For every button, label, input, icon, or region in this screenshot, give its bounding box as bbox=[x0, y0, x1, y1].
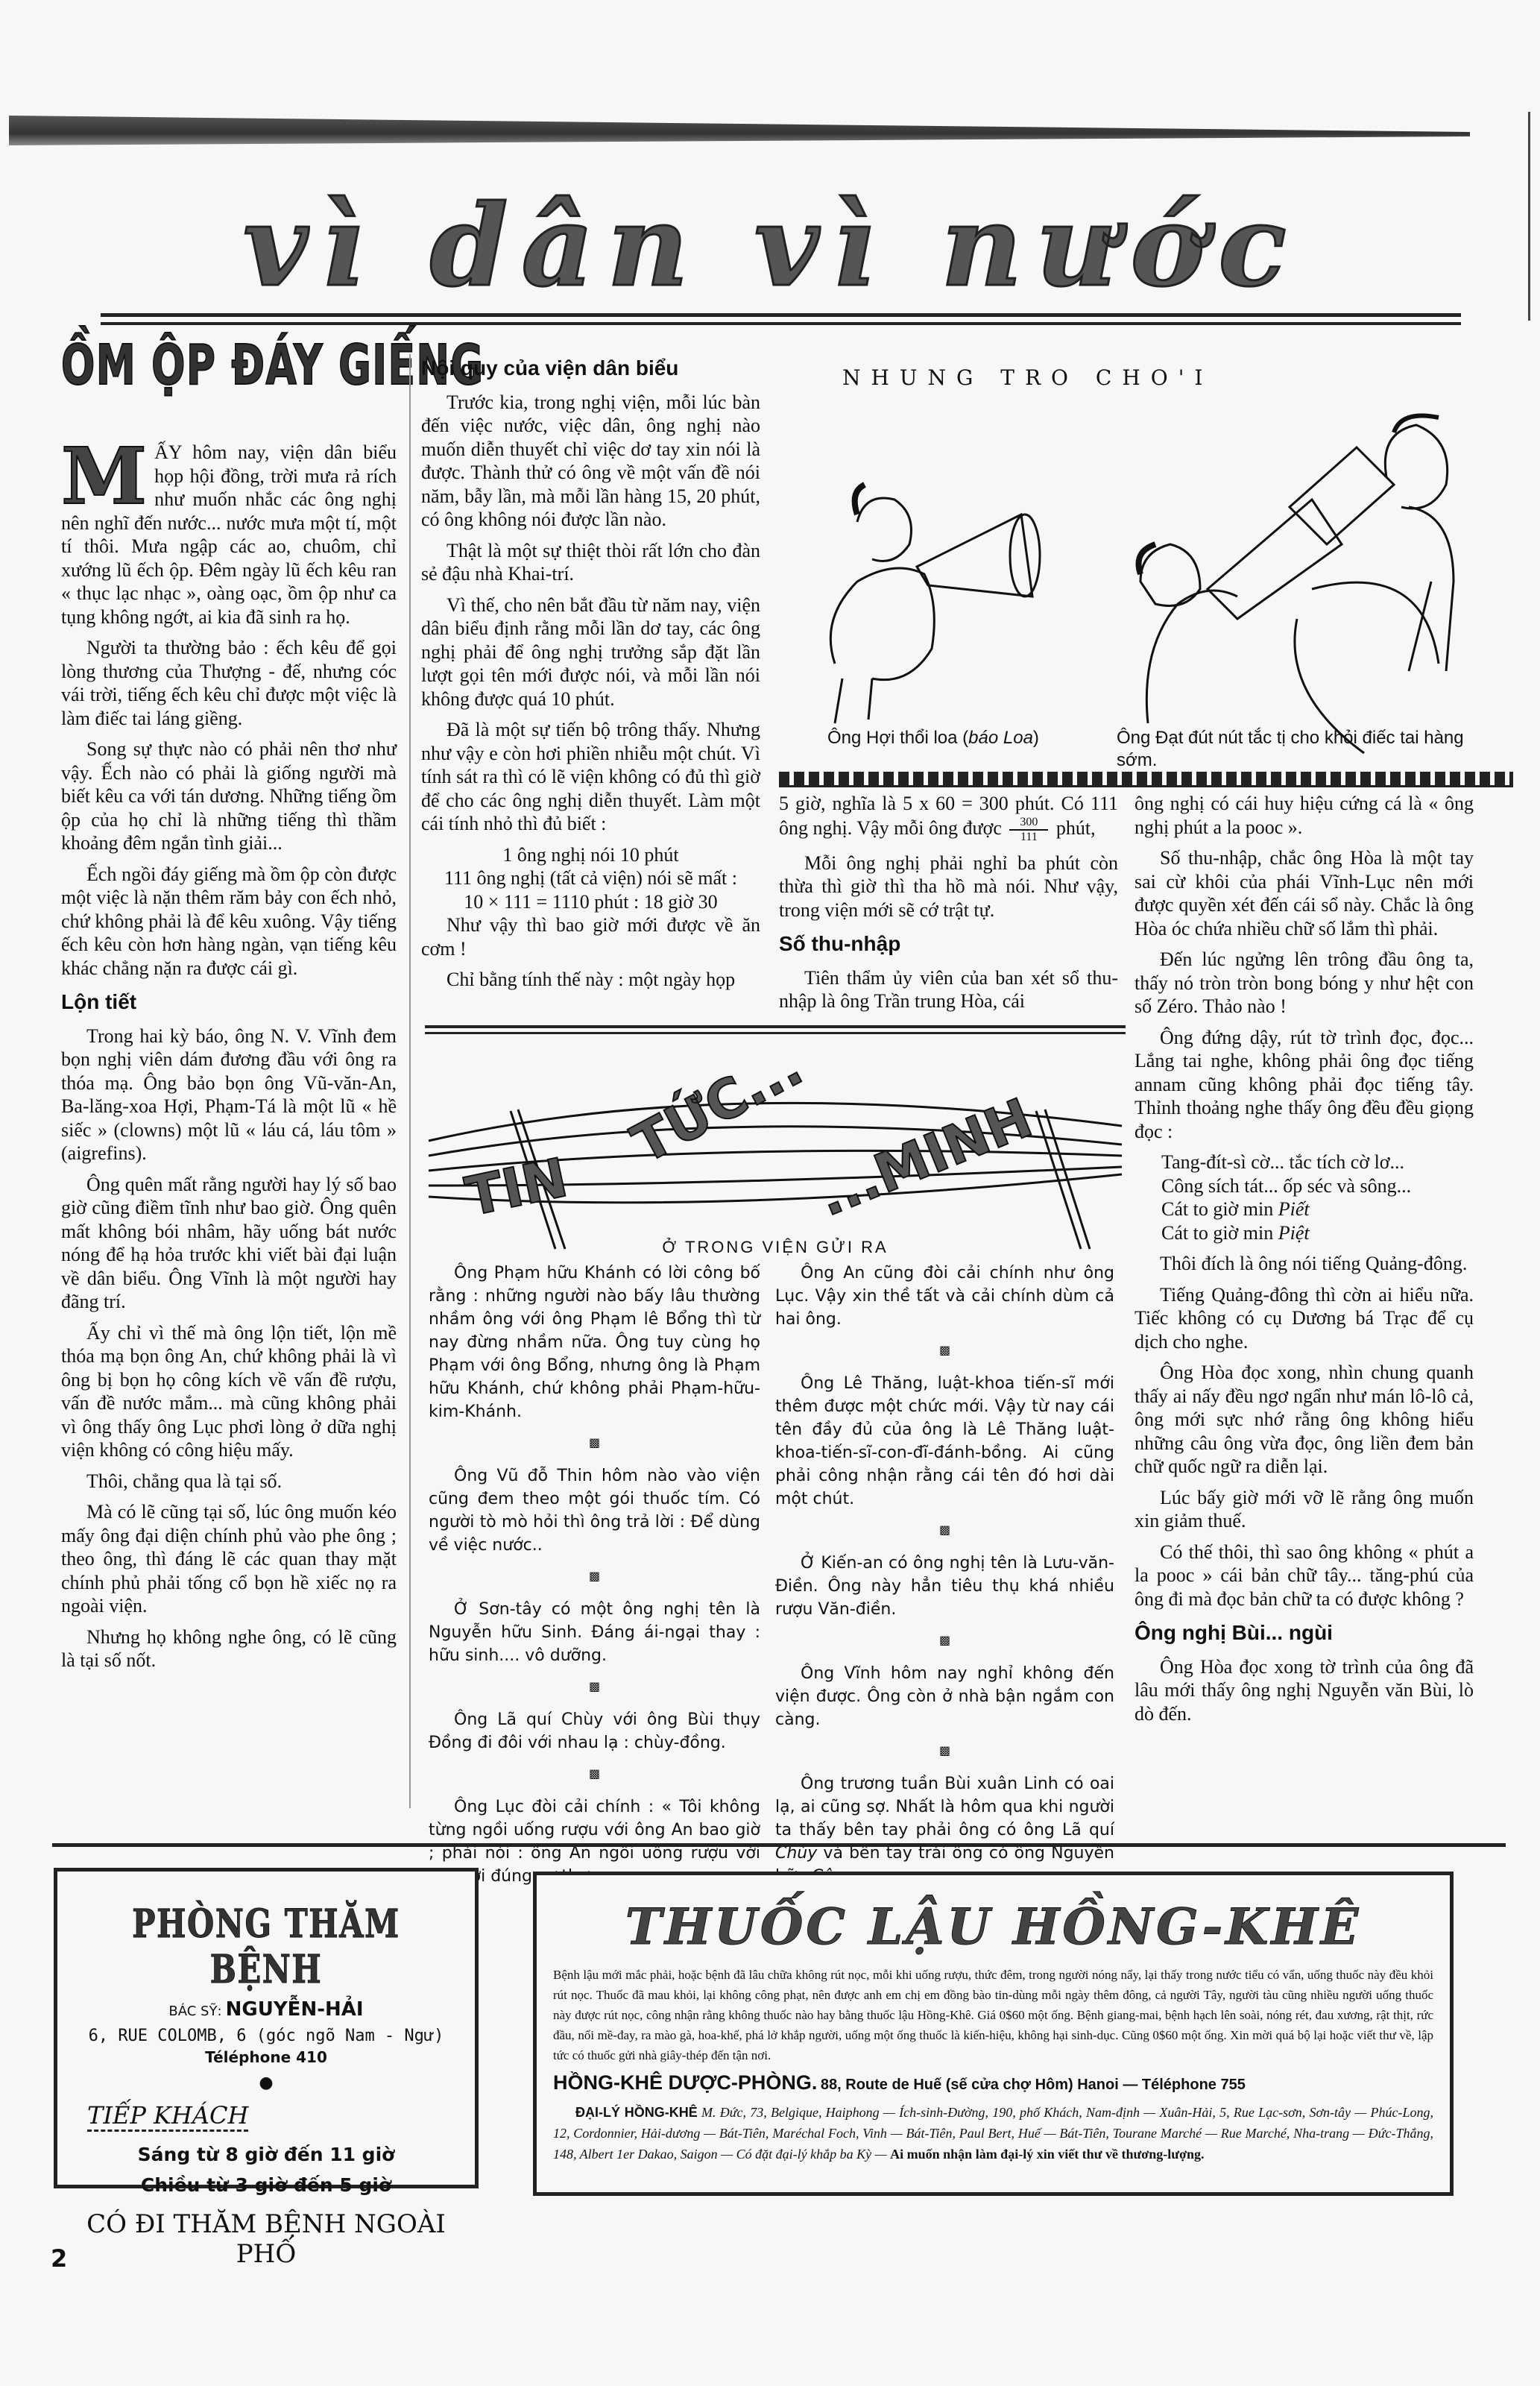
ad-clinic-doctor: BÁC SỸ: NGUYỄN-HẢI bbox=[57, 1998, 475, 2021]
news-item: Ông Lê Thăng, luật-khoa tiến-sĩ mới thêm… bbox=[775, 1372, 1114, 1511]
paragraph: Ông đứng dậy, rút tờ trình đọc, đọc... L… bbox=[1135, 1026, 1474, 1144]
paragraph: Ếch ngồi đáy giếng mà ồm ộp còn được một… bbox=[61, 863, 397, 980]
article-continued: 5 giờ, nghĩa là 5 x 60 = 300 phút. Có 11… bbox=[779, 792, 1118, 1021]
ad-clinic-hours-title: TIẾP KHÁCH bbox=[87, 2101, 248, 2132]
paragraph: Thôi, chẳng qua là tại số. bbox=[61, 1470, 397, 1493]
calc-line: 111 ông nghị (tất cả viện) nói sẽ mất : bbox=[421, 866, 760, 890]
page-number: 2 bbox=[51, 2244, 67, 2273]
paragraph: ông nghị có cái huy hiệu cứng cá là « ôn… bbox=[1135, 792, 1474, 839]
ad-clinic-afternoon: Chiều từ 3 giờ đến 5 giờ bbox=[57, 2174, 475, 2196]
separator-icon: ▩ bbox=[429, 1762, 760, 1785]
paragraph: 5 giờ, nghĩa là 5 x 60 = 300 phút. Có 11… bbox=[779, 792, 1118, 844]
news-item: Ông Lã quí Chùy với ông Bùi thụy Đồng đi… bbox=[429, 1708, 760, 1754]
article-headline: ỒM ỘP ĐÁY GIẾNG bbox=[61, 354, 303, 378]
poem-line: Công sích tát... ốp séc và sông... bbox=[1135, 1174, 1474, 1198]
news-item: Ông An cũng đòi cải chính như ông Lục. V… bbox=[775, 1262, 1114, 1331]
news-right-column: Ông An cũng đòi cải chính như ông Lục. V… bbox=[775, 1262, 1114, 1918]
separator-icon: ▩ bbox=[775, 1518, 1114, 1541]
news-item: Ông Phạm hữu Khánh có lời công bố rằng :… bbox=[429, 1262, 760, 1423]
paragraph: Trước kia, trong nghị viện, mỗi lúc bàn … bbox=[421, 391, 760, 532]
news-rule-bottom bbox=[425, 1032, 1126, 1034]
paragraph: Như vậy thì bao giờ mới được về ăn cơm ! bbox=[421, 913, 760, 960]
paragraph: Chỉ bằng tính thế này : một ngày họp bbox=[421, 968, 760, 992]
paragraph: Đến lúc ngửng lên trông đầu ông ta, thấy… bbox=[1135, 948, 1474, 1019]
drop-cap: M bbox=[61, 444, 147, 509]
separator-icon: ▩ bbox=[775, 1739, 1114, 1762]
cartoon-panel: NHUNG TRO CHO'I Ông Hợi thổi loa (báo Lo… bbox=[775, 350, 1521, 775]
article-noi-quy: Nội quy của viện dân biểu Trước kia, tro… bbox=[421, 356, 760, 999]
ads-rule bbox=[52, 1843, 1506, 1847]
news-item: Ở Kiến-an có ông nghị tên là Lưu-văn-Điề… bbox=[775, 1552, 1114, 1621]
paragraph: Ông Hòa đọc xong, nhìn chung quanh thấy … bbox=[1135, 1361, 1474, 1479]
separator-icon: ▩ bbox=[775, 1338, 1114, 1362]
paragraph: Đã là một sự tiến bộ trông thấy. Nhưng n… bbox=[421, 718, 760, 836]
paragraph: Tiên thẩm ủy viên của ban xét sổ thu-nhậ… bbox=[779, 966, 1118, 1013]
masthead-rule-top bbox=[101, 313, 1461, 317]
ad-clinic-title: PHÒNG THĂM BỆNH bbox=[99, 1901, 433, 1992]
poem-line: Tang-đít-sì cờ... tắc tích cờ lơ... bbox=[1135, 1150, 1474, 1174]
cartoon-title: NHUNG TRO CHO'I bbox=[842, 365, 1213, 390]
news-left-column: Ông Phạm hữu Khánh có lời công bố rằng :… bbox=[429, 1262, 760, 1895]
cartoon-caption-right: Ông Đạt đút nút tắc tị cho khỏi điếc tai… bbox=[1117, 727, 1504, 772]
calc-line: 10 × 111 = 1110 phút : 18 giờ 30 bbox=[421, 890, 760, 914]
decorative-band bbox=[779, 772, 1513, 787]
cartoon-illustration bbox=[775, 395, 1521, 723]
poem-line: Cát to giờ min Piết bbox=[1135, 1197, 1474, 1221]
ad-medicine-body: Bệnh lậu mới mắc phải, hoặc bệnh đã lâu … bbox=[553, 1965, 1433, 2065]
paragraph: Song sự thực nào có phải nên thơ như vậy… bbox=[61, 737, 397, 855]
news-banner: TIN TỨC... ...MINH bbox=[425, 1044, 1126, 1230]
article-om-op-day-gieng: ỒM ỘP ĐÁY GIẾNG M ẤY hôm nay, viện dân b… bbox=[61, 354, 397, 1680]
subheading-ong-nghi-bui: Ông nghị Bùi... ngùi bbox=[1135, 1621, 1474, 1645]
ad-medicine: THUỐC LẬU HỒNG-KHÊ Bệnh lậu mới mắc phải… bbox=[533, 1872, 1454, 2196]
paragraph: Mỗi ông nghị phải nghỉ ba phút còn thừa … bbox=[779, 852, 1118, 922]
paragraph: Lúc bấy giờ mới vỡ lẽ rằng ông muốn xin … bbox=[1135, 1486, 1474, 1533]
masthead-title: vì dân vì nước bbox=[89, 183, 1454, 309]
paragraph: Ông Hòa đọc xong tờ trình của ông đã lâu… bbox=[1135, 1655, 1474, 1726]
subheading-noi-quy: Nội quy của viện dân biểu bbox=[421, 356, 760, 380]
paragraph: Số thu-nhập, chắc ông Hòa là một tay sai… bbox=[1135, 846, 1474, 940]
column-divider bbox=[409, 354, 411, 1808]
ad-clinic-morning: Sáng từ 8 giờ đến 11 giờ bbox=[57, 2144, 475, 2165]
ad-medicine-pharmacy: HỒNG-KHÊ DƯỢC-PHÒNG. 88, Route de Huế (s… bbox=[553, 2071, 1433, 2094]
ad-clinic-address: 6, RUE COLOMB, 6 (góc ngõ Nam - Ngư) bbox=[57, 2027, 475, 2045]
top-decorative-bar bbox=[9, 116, 1470, 145]
subheading-so-thu-nhap: Số thu-nhập bbox=[779, 932, 1118, 956]
subheading-lon-tiet: Lộn tiết bbox=[61, 990, 397, 1014]
poem-line: Cát to giờ min Piệt bbox=[1135, 1221, 1474, 1245]
paragraph: Thật là một sự thiệt thòi rất lớn cho đà… bbox=[421, 539, 760, 586]
ad-medicine-agents: ĐẠI-LÝ HỒNG-KHÊ M. Đức, 73, Belgique, Ha… bbox=[553, 2102, 1433, 2165]
paragraph: Nhưng họ không nghe ông, có lẽ cũng là t… bbox=[61, 1625, 397, 1672]
separator-icon: ▩ bbox=[429, 1564, 760, 1587]
news-item: Ông Vũ đỗ Thin hôm nào vào viện cũng đem… bbox=[429, 1464, 760, 1557]
paragraph: Trong hai kỳ báo, ông N. V. Vĩnh đem bọn… bbox=[61, 1024, 397, 1165]
paragraph: Thôi đích là ông nói tiếng Quảng-đông. bbox=[1135, 1252, 1474, 1276]
quoted-speech: Tang-đít-sì cờ... tắc tích cờ lơ... Công… bbox=[1135, 1150, 1474, 1244]
separator-icon: ▩ bbox=[429, 1431, 760, 1454]
calc-line: 1 ông nghị nói 10 phút bbox=[421, 843, 760, 867]
paragraph: Mà có lẽ cũng tại số, lúc ông muốn kéo m… bbox=[61, 1500, 397, 1618]
paragraph: Ấy chỉ vì thế mà ông lộn tiết, lộn mề th… bbox=[61, 1321, 397, 1462]
news-item: Ông trương tuần Bùi xuân Linh có oai lạ,… bbox=[775, 1772, 1114, 1888]
cartoon-caption-left: Ông Hợi thổi loa (báo Loa) bbox=[827, 727, 1039, 749]
ad-clinic-footer: CÓ ĐI THĂM BỆNH NGOÀI PHỐ bbox=[57, 2209, 475, 2269]
ad-clinic-phone: Téléphone 410 bbox=[57, 2048, 475, 2066]
separator-icon: ▩ bbox=[775, 1628, 1114, 1652]
paragraph: Có thế thôi, thì sao ông không « phút a … bbox=[1135, 1540, 1474, 1611]
paragraph: Người ta thường bảo : ếch kêu để gọi lòn… bbox=[61, 636, 397, 730]
fraction: 300 111 bbox=[1009, 816, 1048, 844]
news-item: Ở Sơn-tây có một ông nghị tên là Nguyễn … bbox=[429, 1598, 760, 1667]
paragraph: Tiếng Quảng-đông thì cờn ai hiểu nữa. Ti… bbox=[1135, 1283, 1474, 1354]
news-subtitle: Ở TRONG VIỆN GỬI RA bbox=[425, 1238, 1126, 1257]
page-edge-line bbox=[1528, 112, 1530, 321]
masthead-rule-bottom bbox=[101, 322, 1461, 325]
ad-clinic: PHÒNG THĂM BỆNH BÁC SỸ: NGUYỄN-HẢI 6, RU… bbox=[54, 1868, 479, 2188]
news-item: Ông Vĩnh hôm nay nghỉ không đến viện đượ… bbox=[775, 1662, 1114, 1731]
bullet-icon: ● bbox=[57, 2074, 475, 2092]
ad-medicine-title: THUỐC LẬU HỒNG-KHÊ bbox=[537, 1898, 1450, 1956]
article-continued-right: ông nghị có cái huy hiệu cứng cá là « ôn… bbox=[1135, 792, 1474, 1733]
paragraph: Ông quên mất rằng người hay lý số bao gi… bbox=[61, 1173, 397, 1314]
separator-icon: ▩ bbox=[429, 1675, 760, 1698]
news-rule-top bbox=[425, 1025, 1126, 1028]
paragraph: Vì thế, cho nên bắt đầu từ năm nay, viện… bbox=[421, 594, 760, 711]
